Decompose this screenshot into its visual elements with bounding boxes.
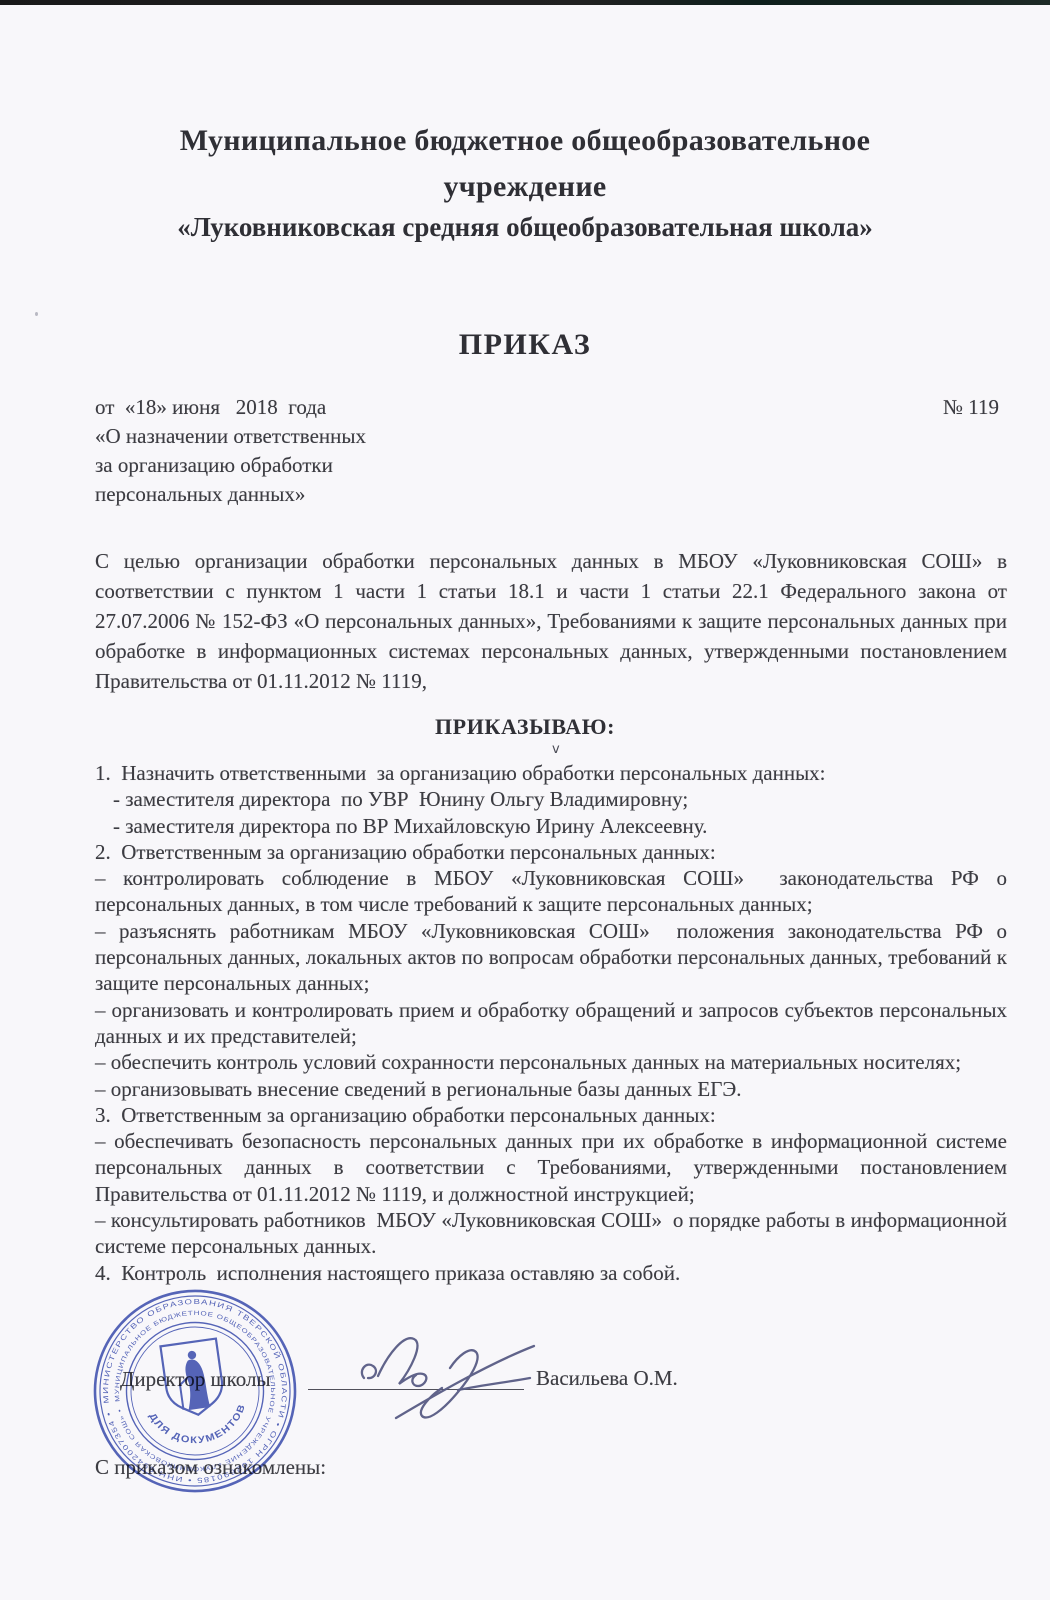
order-date: от «18» июня 2018 года: [95, 392, 326, 422]
order-item-2-duty-2: – разъяснять работникам МБОУ «Луковников…: [95, 918, 1007, 997]
order-item-2-duty-4: – обеспечить контроль условий сохранност…: [95, 1049, 1007, 1075]
order-item-2-duty-1: – контролировать соблюдение в МБОУ «Луко…: [95, 865, 1007, 918]
org-name-line1: Муниципальное бюджетное общеобразователь…: [70, 118, 980, 164]
order-item-2: 2. Ответственным за организацию обработк…: [95, 839, 1007, 865]
order-item-3: 3. Ответственным за организацию обработк…: [95, 1102, 1007, 1128]
order-item-3-duty-2: – консультировать работников МБОУ «Луков…: [95, 1207, 1007, 1260]
school-name-line: «Луковниковская средняя общеобразователь…: [70, 212, 980, 243]
document-type-title: ПРИКАЗ: [70, 328, 980, 362]
preamble-paragraph: С целью организации обработки персональн…: [95, 546, 1007, 696]
stamp-figure-body: [182, 1358, 211, 1410]
handwritten-tick-mark: v: [552, 742, 560, 757]
order-item-1-deputy-uvr: - заместителя директора по УВР Юнину Оль…: [95, 786, 1007, 812]
org-name-block: Муниципальное бюджетное общеобразователь…: [70, 118, 980, 210]
signature-stroke-2: [421, 1350, 478, 1417]
stamp-coat-of-arms: [160, 1339, 226, 1419]
official-round-stamp: МИНИСТЕРСТВО ОБРАЗОВАНИЯ ТВЕРСКОЙ ОБЛАСТ…: [76, 1272, 313, 1509]
order-item-1-deputy-vr: - заместителя директора по ВР Михайловск…: [95, 813, 1007, 839]
signature-stroke-1: [362, 1338, 426, 1386]
order-item-3-duty-1: – обеспечивать безопасность персональных…: [95, 1128, 1007, 1207]
order-number: № 119: [943, 392, 1007, 422]
scan-speck: [35, 312, 38, 316]
order-items-list: 1. Назначить ответственными за организац…: [95, 760, 1007, 1286]
order-item-1: 1. Назначить ответственными за организац…: [95, 760, 1007, 786]
date-number-row: от «18» июня 2018 года № 119: [95, 392, 1007, 422]
order-subject-line2: за организацию обработки: [95, 451, 1007, 480]
org-name-line2: учреждение: [70, 164, 980, 210]
order-heading: ПРИКАЗЫВАЮ:: [70, 714, 980, 740]
handwritten-signature: [338, 1318, 563, 1443]
order-subject-line3: персональных данных»: [95, 480, 1007, 509]
order-subject-line1: «О назначении ответственных: [95, 422, 1007, 451]
requisites-block: от «18» июня 2018 года № 119 «О назначен…: [95, 392, 1007, 509]
order-subject: «О назначении ответственных за организац…: [95, 422, 1007, 509]
stamp-figure-head: [187, 1350, 196, 1359]
scan-top-edge: [0, 0, 1050, 5]
order-item-2-duty-5: – организовывать внесение сведений в рег…: [95, 1076, 1007, 1102]
order-item-2-duty-3: – организовать и контролировать прием и …: [95, 997, 1007, 1050]
